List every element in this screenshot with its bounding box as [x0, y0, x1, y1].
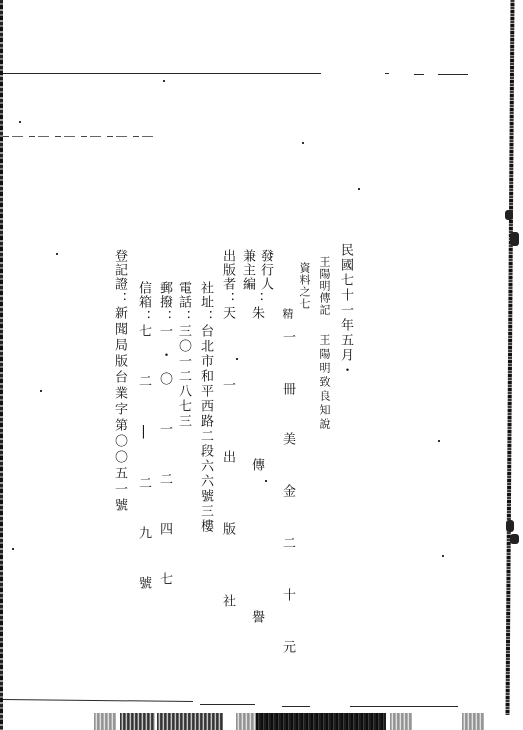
- address-separator: ：: [198, 310, 212, 324]
- editor-role-label: 兼主編: [240, 249, 254, 291]
- registration-separator: ：: [112, 292, 126, 306]
- dotted-rule: [3, 136, 153, 137]
- phone-number: 三〇一二八七三: [176, 324, 190, 429]
- series-volume: 資料之七: [298, 262, 310, 310]
- top-rule-fragment: [438, 74, 468, 75]
- registration-label: 登記證: [112, 249, 126, 291]
- top-rule: [3, 73, 321, 74]
- scan-speck: [56, 253, 58, 255]
- scan-speck: [236, 358, 238, 360]
- scan-artifact: [510, 232, 519, 246]
- postal-transfer-separator: ：: [157, 310, 171, 324]
- scan-noise: [236, 713, 256, 730]
- press-label: 出版者: [220, 249, 234, 291]
- scan-speck: [442, 555, 444, 557]
- publication-date: 民國七十一年五月・: [338, 243, 352, 378]
- phone-label: 電話: [176, 281, 190, 309]
- scan-noise: [157, 713, 223, 730]
- po-box-label: 信箱: [136, 281, 150, 309]
- scan-noise: [94, 713, 116, 730]
- scan-speck: [302, 142, 304, 144]
- scanned-page: 民國七十一年五月・ 王陽明傳記 王陽明致良知說 資料之七 精 一 冊 美 金 二…: [0, 0, 523, 730]
- press-name: 天 一 出 版 社: [220, 306, 234, 629]
- po-box-separator: ：: [136, 310, 150, 324]
- scan-noise: [390, 713, 412, 730]
- phone-separator: ：: [176, 310, 190, 324]
- bottom-rule-fragment: [282, 706, 310, 707]
- address: 台北市和平西路二段六六號三樓: [198, 324, 212, 534]
- scan-artifact: [510, 534, 519, 544]
- scan-speck: [19, 121, 21, 123]
- publisher-person: 朱 傳 譽: [249, 306, 263, 685]
- scan-noise: [256, 713, 386, 730]
- series-title: 王陽明傳記: [318, 256, 330, 316]
- address-label: 社址: [198, 281, 212, 309]
- scan-right-edge: [506, 0, 515, 715]
- press-separator: ：: [220, 292, 234, 306]
- bottom-rule-fragment: [200, 704, 255, 705]
- scan-speck: [358, 188, 360, 190]
- postal-transfer-number: 一・〇 一 二 四 七: [157, 324, 171, 596]
- scan-speck: [265, 480, 267, 482]
- volume-count: 一 冊: [280, 330, 294, 407]
- bottom-rule-fragment: [350, 706, 458, 707]
- scan-artifact: [506, 520, 514, 532]
- scan-speck: [438, 440, 440, 442]
- bottom-rule: [3, 699, 193, 702]
- po-box-number: 七 二 | 二 九 號: [136, 324, 150, 600]
- registration-number: 新聞局版台業字第〇〇五一號: [112, 306, 126, 514]
- binding-label: 精: [281, 308, 293, 321]
- top-rule-fragment: [385, 73, 389, 74]
- book-title: 王陽明致良知說: [318, 334, 330, 432]
- postal-transfer-label: 郵撥: [157, 281, 171, 309]
- scan-speck: [40, 390, 42, 392]
- scan-speck: [12, 548, 14, 550]
- scan-noise: [462, 713, 484, 730]
- scan-noise: [120, 713, 155, 730]
- publisher-role-label: 發行人: [258, 249, 272, 291]
- role-separator: ：: [249, 292, 263, 306]
- price: 美 金 二 十 元: [280, 432, 294, 665]
- scan-left-edge: [0, 0, 3, 730]
- scan-artifact: [505, 210, 513, 220]
- top-rule-fragment: [414, 74, 424, 75]
- scan-speck: [163, 80, 165, 82]
